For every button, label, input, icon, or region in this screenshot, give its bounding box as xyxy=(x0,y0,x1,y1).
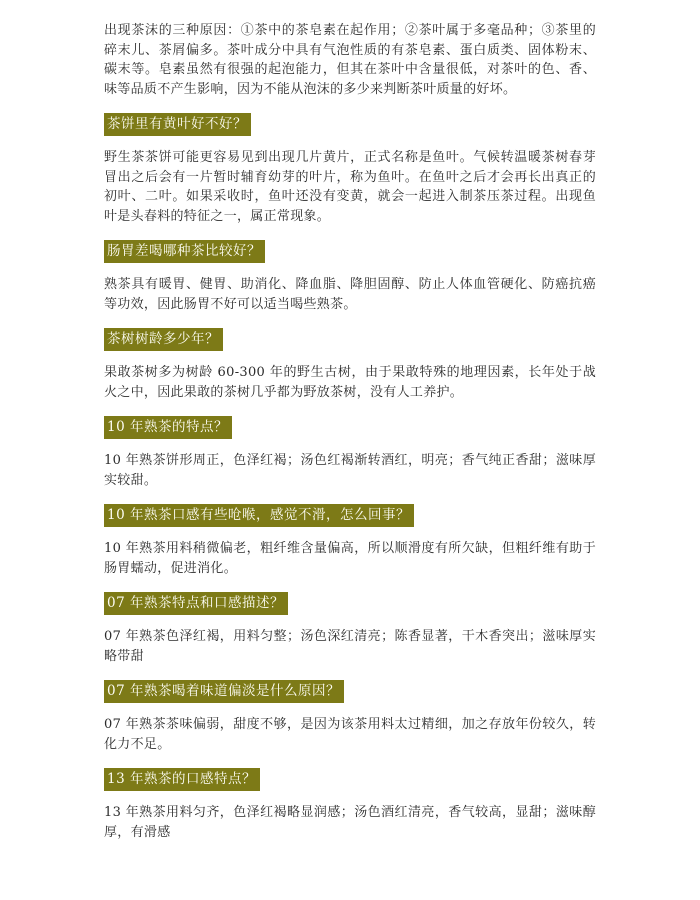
section-paragraph: 07 年熟茶色泽红褐，用料匀整；汤色深红清亮；陈香显著，干木香突出；滋味厚实略带… xyxy=(104,627,596,666)
qa-section-stomach: 肠胃差喝哪种茶比较好？ 熟茶具有暖胃、健胃、助消化、降血脂、降胆固醇、防止人体血… xyxy=(104,240,596,314)
section-heading-text: 07 年熟茶特点和口感描述？ xyxy=(104,592,288,615)
qa-section-10yr-traits: 10 年熟茶的特点？ 10 年熟茶饼形周正，色泽红褐；汤色红褐渐转酒红，明亮；香… xyxy=(104,416,596,490)
document-page: 出现茶沫的三种原因：①茶中的茶皂素在起作用；②茶叶属于多毫品种；③茶里的碎末儿、… xyxy=(0,0,700,900)
section-heading: 10 年熟茶的特点？ xyxy=(104,416,596,439)
qa-section-10yr-throat: 10 年熟茶口感有些呛喉，感觉不滑，怎么回事？ 10 年熟茶用料稍微偏老，粗纤维… xyxy=(104,504,596,578)
section-heading: 13 年熟茶的口感特点？ xyxy=(104,768,596,791)
section-heading-text: 10 年熟茶的特点？ xyxy=(104,416,232,439)
section-heading-text: 07 年熟茶喝着味道偏淡是什么原因？ xyxy=(104,680,344,703)
section-paragraph: 13 年熟茶用料匀齐，色泽红褐略显润感；汤色酒红清亮，香气较高，显甜；滋味醇厚，… xyxy=(104,803,596,842)
qa-section-07yr-weak-taste: 07 年熟茶喝着味道偏淡是什么原因？ 07 年熟茶茶味偏弱，甜度不够，是因为该茶… xyxy=(104,680,596,754)
section-paragraph: 果敢茶树多为树龄 60-300 年的野生古树，由于果敢特殊的地理因素，长年处于战… xyxy=(104,363,596,402)
qa-section-yellow-leaves: 茶饼里有黄叶好不好？ 野生茶茶饼可能更容易见到出现几片黄片，正式名称是鱼叶。气候… xyxy=(104,113,596,226)
section-paragraph: 野生茶茶饼可能更容易见到出现几片黄片，正式名称是鱼叶。气候转温暖茶树春芽冒出之后… xyxy=(104,148,596,226)
section-heading: 茶树树龄多少年？ xyxy=(104,328,596,351)
qa-section-07yr-traits: 07 年熟茶特点和口感描述？ 07 年熟茶色泽红褐，用料匀整；汤色深红清亮；陈香… xyxy=(104,592,596,666)
qa-section-13yr-mouthfeel: 13 年熟茶的口感特点？ 13 年熟茶用料匀齐，色泽红褐略显润感；汤色酒红清亮，… xyxy=(104,768,596,842)
section-paragraph: 10 年熟茶饼形周正，色泽红褐；汤色红褐渐转酒红，明亮；香气纯正香甜；滋味厚实较… xyxy=(104,451,596,490)
intro-paragraph: 出现茶沫的三种原因：①茶中的茶皂素在起作用；②茶叶属于多毫品种；③茶里的碎末儿、… xyxy=(104,21,596,99)
qa-section-tree-age: 茶树树龄多少年？ 果敢茶树多为树龄 60-300 年的野生古树，由于果敢特殊的地… xyxy=(104,328,596,402)
section-paragraph: 熟茶具有暖胃、健胃、助消化、降血脂、降胆固醇、防止人体血管硬化、防癌抗癌等功效，… xyxy=(104,275,596,314)
section-heading-text: 肠胃差喝哪种茶比较好？ xyxy=(104,240,265,263)
section-heading: 肠胃差喝哪种茶比较好？ xyxy=(104,240,596,263)
section-paragraph: 07 年熟茶茶味偏弱，甜度不够，是因为该茶用料太过精细，加之存放年份较久，转化力… xyxy=(104,715,596,754)
section-paragraph: 10 年熟茶用料稍微偏老，粗纤维含量偏高，所以顺滑度有所欠缺，但粗纤维有助于肠胃… xyxy=(104,539,596,578)
section-heading-text: 10 年熟茶口感有些呛喉，感觉不滑，怎么回事？ xyxy=(104,504,414,527)
section-heading: 07 年熟茶特点和口感描述？ xyxy=(104,592,596,615)
section-heading: 10 年熟茶口感有些呛喉，感觉不滑，怎么回事？ xyxy=(104,504,596,527)
section-heading: 茶饼里有黄叶好不好？ xyxy=(104,113,596,136)
section-heading-text: 茶饼里有黄叶好不好？ xyxy=(104,113,251,136)
section-heading: 07 年熟茶喝着味道偏淡是什么原因？ xyxy=(104,680,596,703)
section-heading-text: 茶树树龄多少年？ xyxy=(104,328,223,351)
section-heading-text: 13 年熟茶的口感特点？ xyxy=(104,768,260,791)
